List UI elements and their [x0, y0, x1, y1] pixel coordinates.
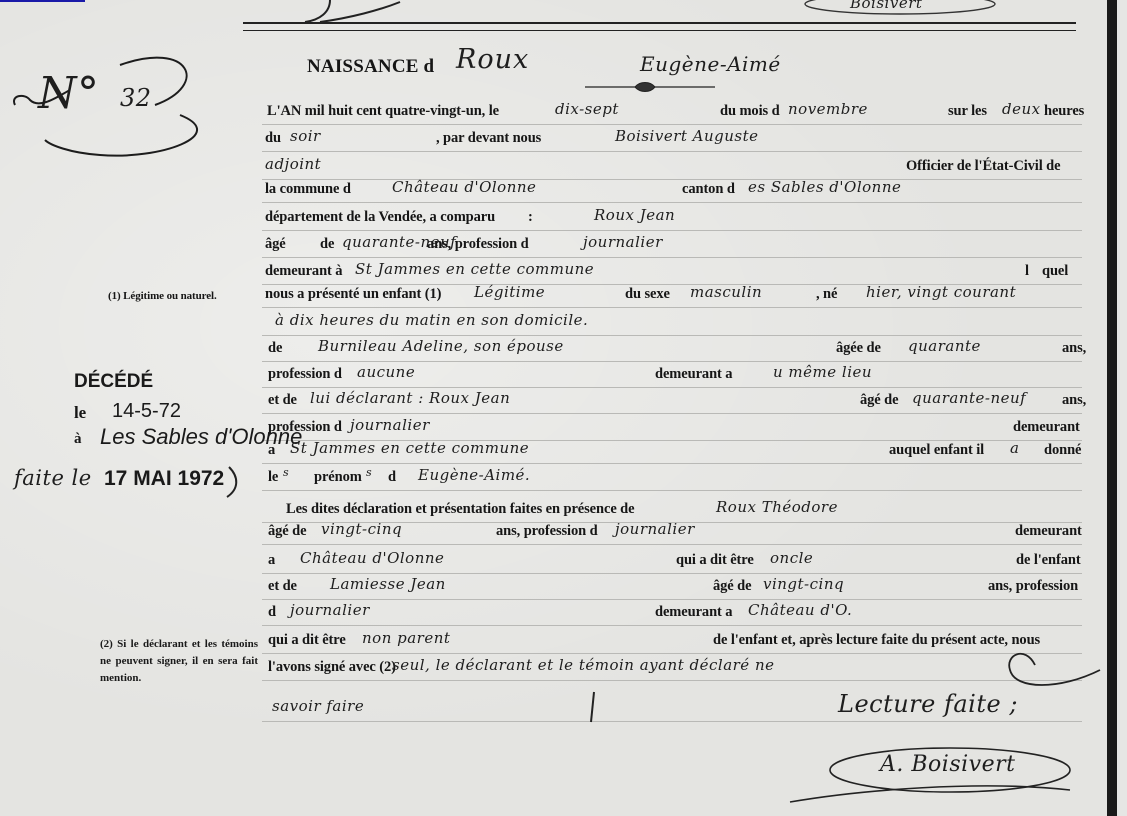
handwritten-entry: a [1010, 439, 1019, 457]
printed-form-text: et de [268, 578, 297, 595]
printed-form-text: canton d [682, 181, 735, 198]
ruled-line [262, 413, 1082, 414]
handwritten-entry: journalier [615, 520, 695, 538]
printed-form-text: demeurant a [655, 366, 732, 383]
printed-form-text: de l'enfant et, après lecture faite du p… [713, 632, 1040, 649]
lecture-faite: Lecture faite ; [838, 690, 1018, 718]
officer-signature: A. Boisivert [880, 752, 1015, 777]
handwritten-entry: novembre [788, 100, 868, 118]
handwritten-entry: seul, le déclarant et le témoin ayant dé… [392, 656, 775, 674]
printed-form-text: âgé [265, 236, 286, 253]
ruled-line [262, 179, 1082, 180]
handwritten-entry: non parent [362, 629, 450, 647]
handwritten-entry: lui déclarant : Roux Jean [310, 389, 510, 407]
ruled-line [262, 230, 1082, 231]
ruled-line [262, 151, 1082, 152]
printed-form-text: qui a dit être [268, 632, 346, 649]
handwritten-entry: u même lieu [773, 363, 872, 381]
handwritten-entry: Roux Jean [594, 206, 675, 224]
printed-form-text: a [268, 552, 275, 569]
title-given-names: Eugène-Aimé [640, 52, 781, 76]
printed-form-text: du sexe [625, 286, 670, 303]
handwritten-entry: dix-sept [555, 100, 619, 118]
ruled-line [262, 307, 1082, 308]
printed-form-text: a [268, 442, 275, 459]
printed-form-text: de l'enfant [1016, 552, 1081, 569]
record-number-label: N° [38, 68, 100, 119]
printed-form-text: demeurant [1013, 419, 1080, 436]
deceased-le: le [74, 403, 86, 423]
printed-form-text: Les dites déclaration et présentation fa… [286, 501, 634, 518]
deceased-a: à [74, 431, 81, 448]
handwritten-entry: s [366, 466, 372, 479]
printed-form-text: , par devant nous [436, 130, 541, 147]
printed-form-text: et de [268, 392, 297, 409]
printed-form-text: ans, profession d [496, 523, 598, 540]
ruled-line [262, 124, 1082, 125]
printed-form-text: de [320, 236, 334, 253]
handwritten-entry: journalier [290, 601, 370, 619]
handwritten-entry: Eugène-Aimé. [418, 466, 530, 484]
printed-form-text: : [528, 209, 533, 226]
handwritten-entry: St Jammes en cette commune [355, 260, 594, 278]
handwritten-entry: aucune [357, 363, 415, 381]
deceased-date: 14-5-72 [112, 400, 181, 423]
handwritten-entry: hier, vingt courant [866, 283, 1016, 301]
previous-signature-flourish [800, 0, 1000, 20]
printed-form-text: quel [1042, 263, 1068, 280]
ruled-line [262, 625, 1082, 626]
printed-form-text: L'AN mil huit cent quatre-vingt-un, le [267, 103, 499, 120]
handwritten-entry: masculin [690, 283, 762, 301]
printed-form-text: Officier de l'État-Civil de [906, 158, 1061, 175]
printed-form-text: de [268, 340, 282, 357]
deceased-stamp: DÉCÉDÉ [74, 371, 153, 393]
handwritten-entry: St Jammes en cette commune [290, 439, 529, 457]
printed-form-text: âgé de [713, 578, 751, 595]
ruled-line [262, 463, 1082, 464]
printed-form-text: profession d [268, 366, 342, 383]
ruled-line [262, 387, 1082, 388]
title-ornament [580, 78, 720, 96]
viewer-top-edge [0, 0, 85, 2]
handwritten-entry: es Sables d'Olonne [748, 178, 901, 196]
printed-form-text: d [268, 604, 276, 621]
printed-form-text: ans, profession [988, 578, 1078, 595]
handwritten-entry: à dix heures du matin en son domicile. [275, 311, 588, 329]
printed-form-text: prénom [314, 469, 362, 486]
printed-form-text: ans, profession d [427, 236, 529, 253]
closing-paren [225, 465, 245, 500]
ruled-line [262, 361, 1082, 362]
printed-form-text: âgé de [860, 392, 898, 409]
handwritten-entry: Lamiesse Jean [330, 575, 446, 593]
handwritten-entry: s [283, 466, 289, 479]
title-surname: Roux [456, 44, 529, 75]
ruled-line [262, 544, 1082, 545]
handwritten-entry: Château d'O. [748, 601, 852, 619]
ruled-line [262, 490, 1082, 491]
printed-form-text: profession d [268, 419, 342, 436]
handwritten-entry: quarante [908, 337, 981, 355]
handwritten-entry: Légitime [474, 283, 545, 301]
ruled-line [262, 335, 1082, 336]
printed-form-text: demeurant à [265, 263, 342, 280]
printed-form-text: , né [816, 286, 837, 303]
printed-form-text: demeurant a [655, 604, 732, 621]
handwritten-entry: vingt-cinq [763, 575, 844, 593]
printed-form-text: du [265, 130, 281, 147]
footnote-signature: (2) Si le déclarant et les témoins ne pe… [100, 636, 258, 687]
scanned-register-page: Boisivert N° 32 NAISSANCE d Roux Eugène-… [0, 0, 1117, 816]
printed-form-text: la commune d [265, 181, 351, 198]
ruled-line [262, 573, 1082, 574]
handwritten-entry: Château d'Olonne [392, 178, 536, 196]
printed-form-text: âgée de [836, 340, 881, 357]
printed-form-text: sur les [948, 103, 987, 120]
printed-form-text: l'avons signé avec (2) [268, 659, 396, 676]
faite-le-date-stamp: 17 MAI 1972 [104, 467, 224, 491]
ruled-line [262, 599, 1082, 600]
handwritten-entry: soir [290, 127, 321, 145]
handwritten-entry: journalier [350, 416, 430, 434]
printed-form-text: auquel enfant il [889, 442, 984, 459]
faite-le: faite le [14, 466, 92, 490]
handwritten-entry: deux [1002, 100, 1041, 118]
printed-form-text: âgé de [268, 523, 306, 540]
record-number-value: 32 [120, 84, 152, 112]
ruled-line [262, 257, 1082, 258]
printed-form-text: d [388, 469, 396, 486]
printed-form-text: heures [1044, 103, 1084, 120]
handwritten-entry: Boisivert Auguste [615, 127, 759, 145]
handwritten-entry: Château d'Olonne [300, 549, 444, 567]
ruled-line [262, 653, 1082, 654]
ruled-line [262, 680, 1082, 681]
printed-form-text: donné [1044, 442, 1081, 459]
printed-form-text: département de la Vendée, a comparu [265, 209, 495, 226]
printed-form-text: du mois d [720, 103, 780, 120]
handwritten-entry: quarante-neuf [912, 389, 1026, 407]
ruled-line [262, 202, 1082, 203]
handwritten-entry: Burnileau Adeline, son épouse [318, 337, 564, 355]
handwritten-entry: adjoint [265, 155, 321, 173]
printed-form-text: demeurant [1015, 523, 1082, 540]
printed-form-text: ans, [1062, 340, 1086, 357]
previous-act-flourish [290, 0, 410, 28]
printed-form-text: le [268, 469, 278, 486]
printed-form-text: qui a dit être [676, 552, 754, 569]
printed-form-text: ans, [1062, 392, 1086, 409]
handwritten-entry: journalier [583, 233, 663, 251]
pen-stroke [588, 690, 598, 725]
footnote-legitime: (1) Légitime ou naturel. [108, 290, 217, 302]
handwritten-entry: oncle [770, 549, 813, 567]
handwritten-entry: Roux Théodore [716, 498, 838, 516]
ruled-line [262, 721, 1082, 722]
title-naissance: NAISSANCE d [307, 56, 434, 78]
handwritten-entry: vingt-cinq [321, 520, 402, 538]
printed-form-text: l [1025, 263, 1029, 280]
printed-form-text: nous a présenté un enfant (1) [265, 286, 441, 303]
handwritten-entry: savoir faire [272, 697, 364, 715]
